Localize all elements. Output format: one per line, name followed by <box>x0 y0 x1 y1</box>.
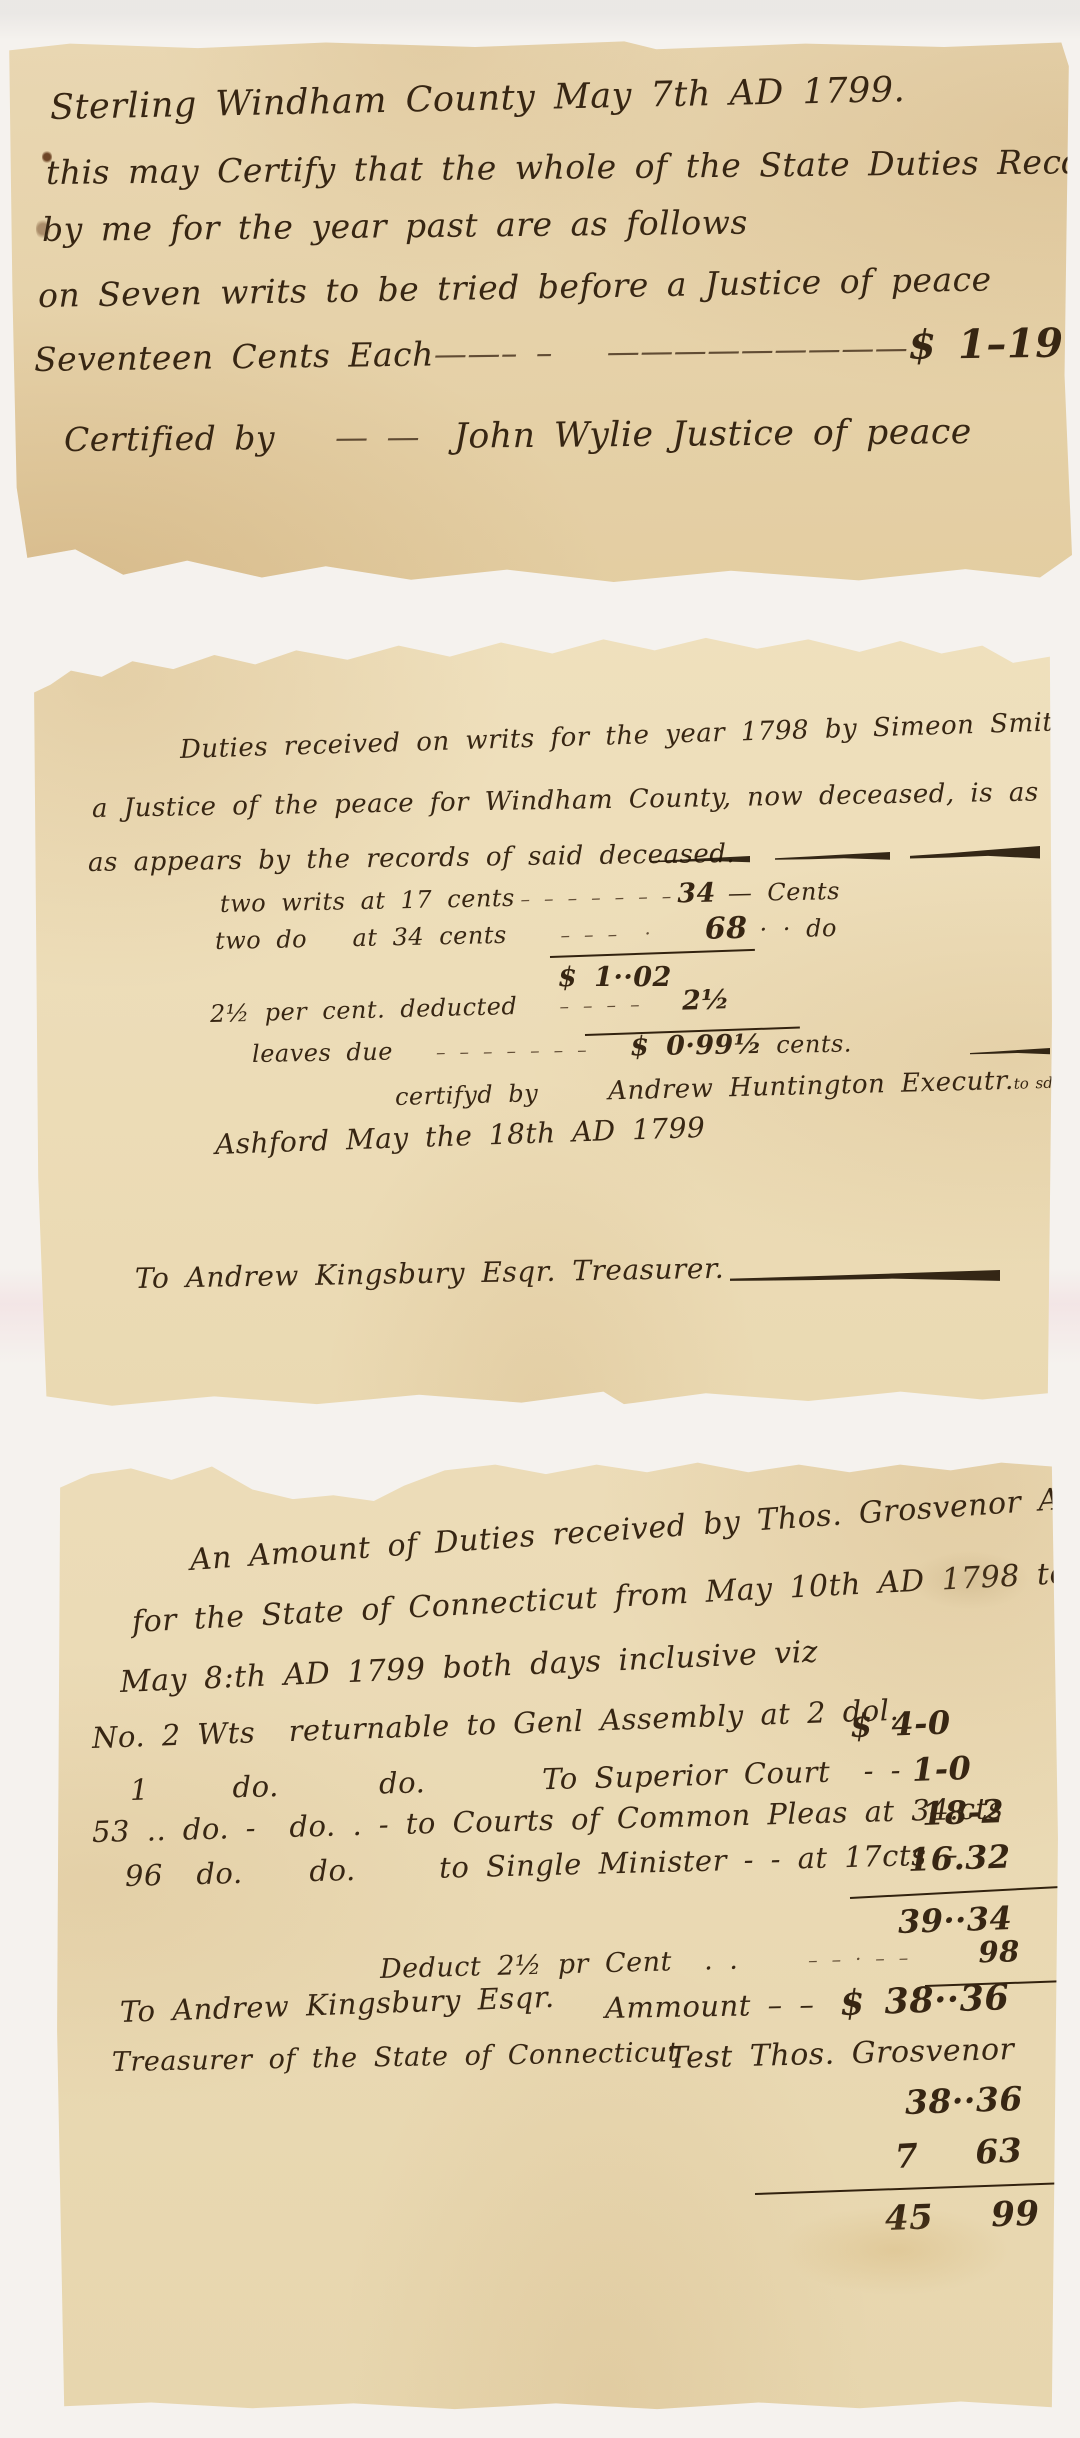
doc2-leaves-due-row: leaves due – – – – – – – $ 0·99½ cents. <box>252 1028 852 1069</box>
dash-leader: – – · – – <box>738 1945 979 1973</box>
doc1-follows-line: by me for the year past are as follows <box>42 203 748 249</box>
dash-leader: – – – – <box>517 993 682 1019</box>
doc1-writs-line: on Seven writs to be tried before a Just… <box>38 259 992 315</box>
doc1-amount-line: Seventeen Cents Each ——– – ————————— $ 1… <box>34 320 1035 381</box>
doc2-address-line: To Andrew Kingsbury Esqr. Treasurer. <box>135 1252 725 1295</box>
row-value: 98 <box>978 1934 1020 1969</box>
paper-sterling-certificate: Sterling Windham County May 7th AD 1799.… <box>6 38 1072 600</box>
doc3-sum-line1: 38··36 <box>904 2079 1023 2122</box>
doc3-ammount-label: Ammount – – <box>605 1987 815 2025</box>
doc2-place-date-line: Ashford May the 18th AD 1799 <box>214 1111 705 1161</box>
ink-flourish <box>970 1048 1050 1056</box>
row-label: 2½ per cent. deducted <box>210 992 518 1028</box>
row-label: leaves due <box>252 1038 393 1068</box>
doc2-signature: Andrew Huntington Executr. <box>608 1066 1014 1107</box>
row-label: two do at 34 cents <box>215 921 507 955</box>
row-value: 68 <box>704 911 747 947</box>
dash-leader: – – – – – – – <box>515 885 678 910</box>
ink-flourish <box>910 846 1040 862</box>
doc2-certified-row: certifyd by Andrew Huntington Executr. t… <box>395 1065 1036 1112</box>
doc3-ammount-value: $ 38··36 <box>839 1977 1010 2024</box>
dash-leader: – – – – – – – <box>393 1038 631 1064</box>
ink-flourish <box>730 1270 1000 1284</box>
row-unit: · · do <box>759 914 837 944</box>
doc1-place-date-line: Sterling Windham County May 7th AD 1799. <box>50 70 906 128</box>
dash-leader: — — <box>335 417 420 457</box>
doc3-sum-total: 45 99 <box>884 2194 1040 2239</box>
doc3-row4-amount: 16.32 <box>907 1837 1011 1879</box>
doc3-attest-signature: Test Thos. Grosvenor <box>668 2032 1015 2076</box>
doc3-row1-amount: $ 4-0 <box>849 1703 951 1744</box>
row-label: Deduct 2½ pr Cent . . <box>380 1945 739 1985</box>
doc1-certified-by-label: Certified by <box>64 418 275 459</box>
doc3-address-line1: To Andrew Kingsbury Esqr. <box>119 1980 555 2029</box>
doc3-sum-line2: 7 63 <box>894 2130 1023 2176</box>
doc1-signature: John Wylie Justice of peace <box>454 412 972 457</box>
doc3-address-line2: Treasurer of the State of Connecticut <box>112 2037 680 2078</box>
row-unit: — Cents <box>727 877 840 907</box>
sum-rule <box>755 2182 1065 2195</box>
doc2-header-line3: as appears by the records of said deceas… <box>88 839 736 878</box>
doc1-certify-line: this may Certify that the whole of the S… <box>46 142 1080 192</box>
doc3-row2-amount: 1-0 <box>911 1749 972 1789</box>
sum-rule <box>850 1886 1062 1899</box>
doc3-row4-left: 96 do. do. to Single Minister - - at 17c… <box>125 1837 959 1893</box>
paper-smith-duties-account: Duties received on writs for the year 17… <box>30 630 1054 1412</box>
doc3-deduct-row: Deduct 2½ pr Cent . . – – · – – 98 <box>380 1934 1021 1985</box>
doc3-row3-amount: 18-2 <box>921 1792 1004 1833</box>
doc3-header-line3: May 8:th AD 1799 both days inclusive viz <box>119 1635 819 1700</box>
doc2-header-line2: a Justice of the peace for Windham Count… <box>92 776 1080 824</box>
doc3-row1-left: No. 2 Wts returnable to Genl Assembly at… <box>91 1693 899 1755</box>
sum-rule <box>550 949 755 958</box>
dash-leader: – – – · <box>507 922 706 948</box>
row-unit: cents. <box>776 1030 852 1059</box>
row-label: two writs at 17 cents <box>220 884 515 918</box>
doc2-deduct-row: 2½ per cent. deducted – – – – 2½ <box>210 984 731 1029</box>
doc1-amount-label: Seventeen Cents Each <box>34 334 434 379</box>
doc2-certified-label: certifyd by <box>395 1079 539 1111</box>
row-value: 34 <box>677 878 716 910</box>
doc1-signature-line: Certified by — — John Wylie Justice of p… <box>64 412 1014 460</box>
row-value: 2½ <box>682 984 731 1016</box>
doc2-signature-tail: to sd Smiths will <box>1013 1071 1080 1092</box>
ink-flourish <box>775 852 890 862</box>
scan-background: { "ink": "#372613", "documents": { "doc1… <box>0 0 1080 2438</box>
dash-leader: ——– – ————————— <box>434 328 909 374</box>
doc2-header-line1: Duties received on writs for the year 17… <box>180 704 1080 765</box>
doc1-amount-value: $ 1–19. <box>908 319 1078 368</box>
row-value: $ 0·99½ <box>630 1029 763 1062</box>
paper-grosvenor-account: An Amount of Duties received by Thos. Gr… <box>50 1455 1062 2413</box>
